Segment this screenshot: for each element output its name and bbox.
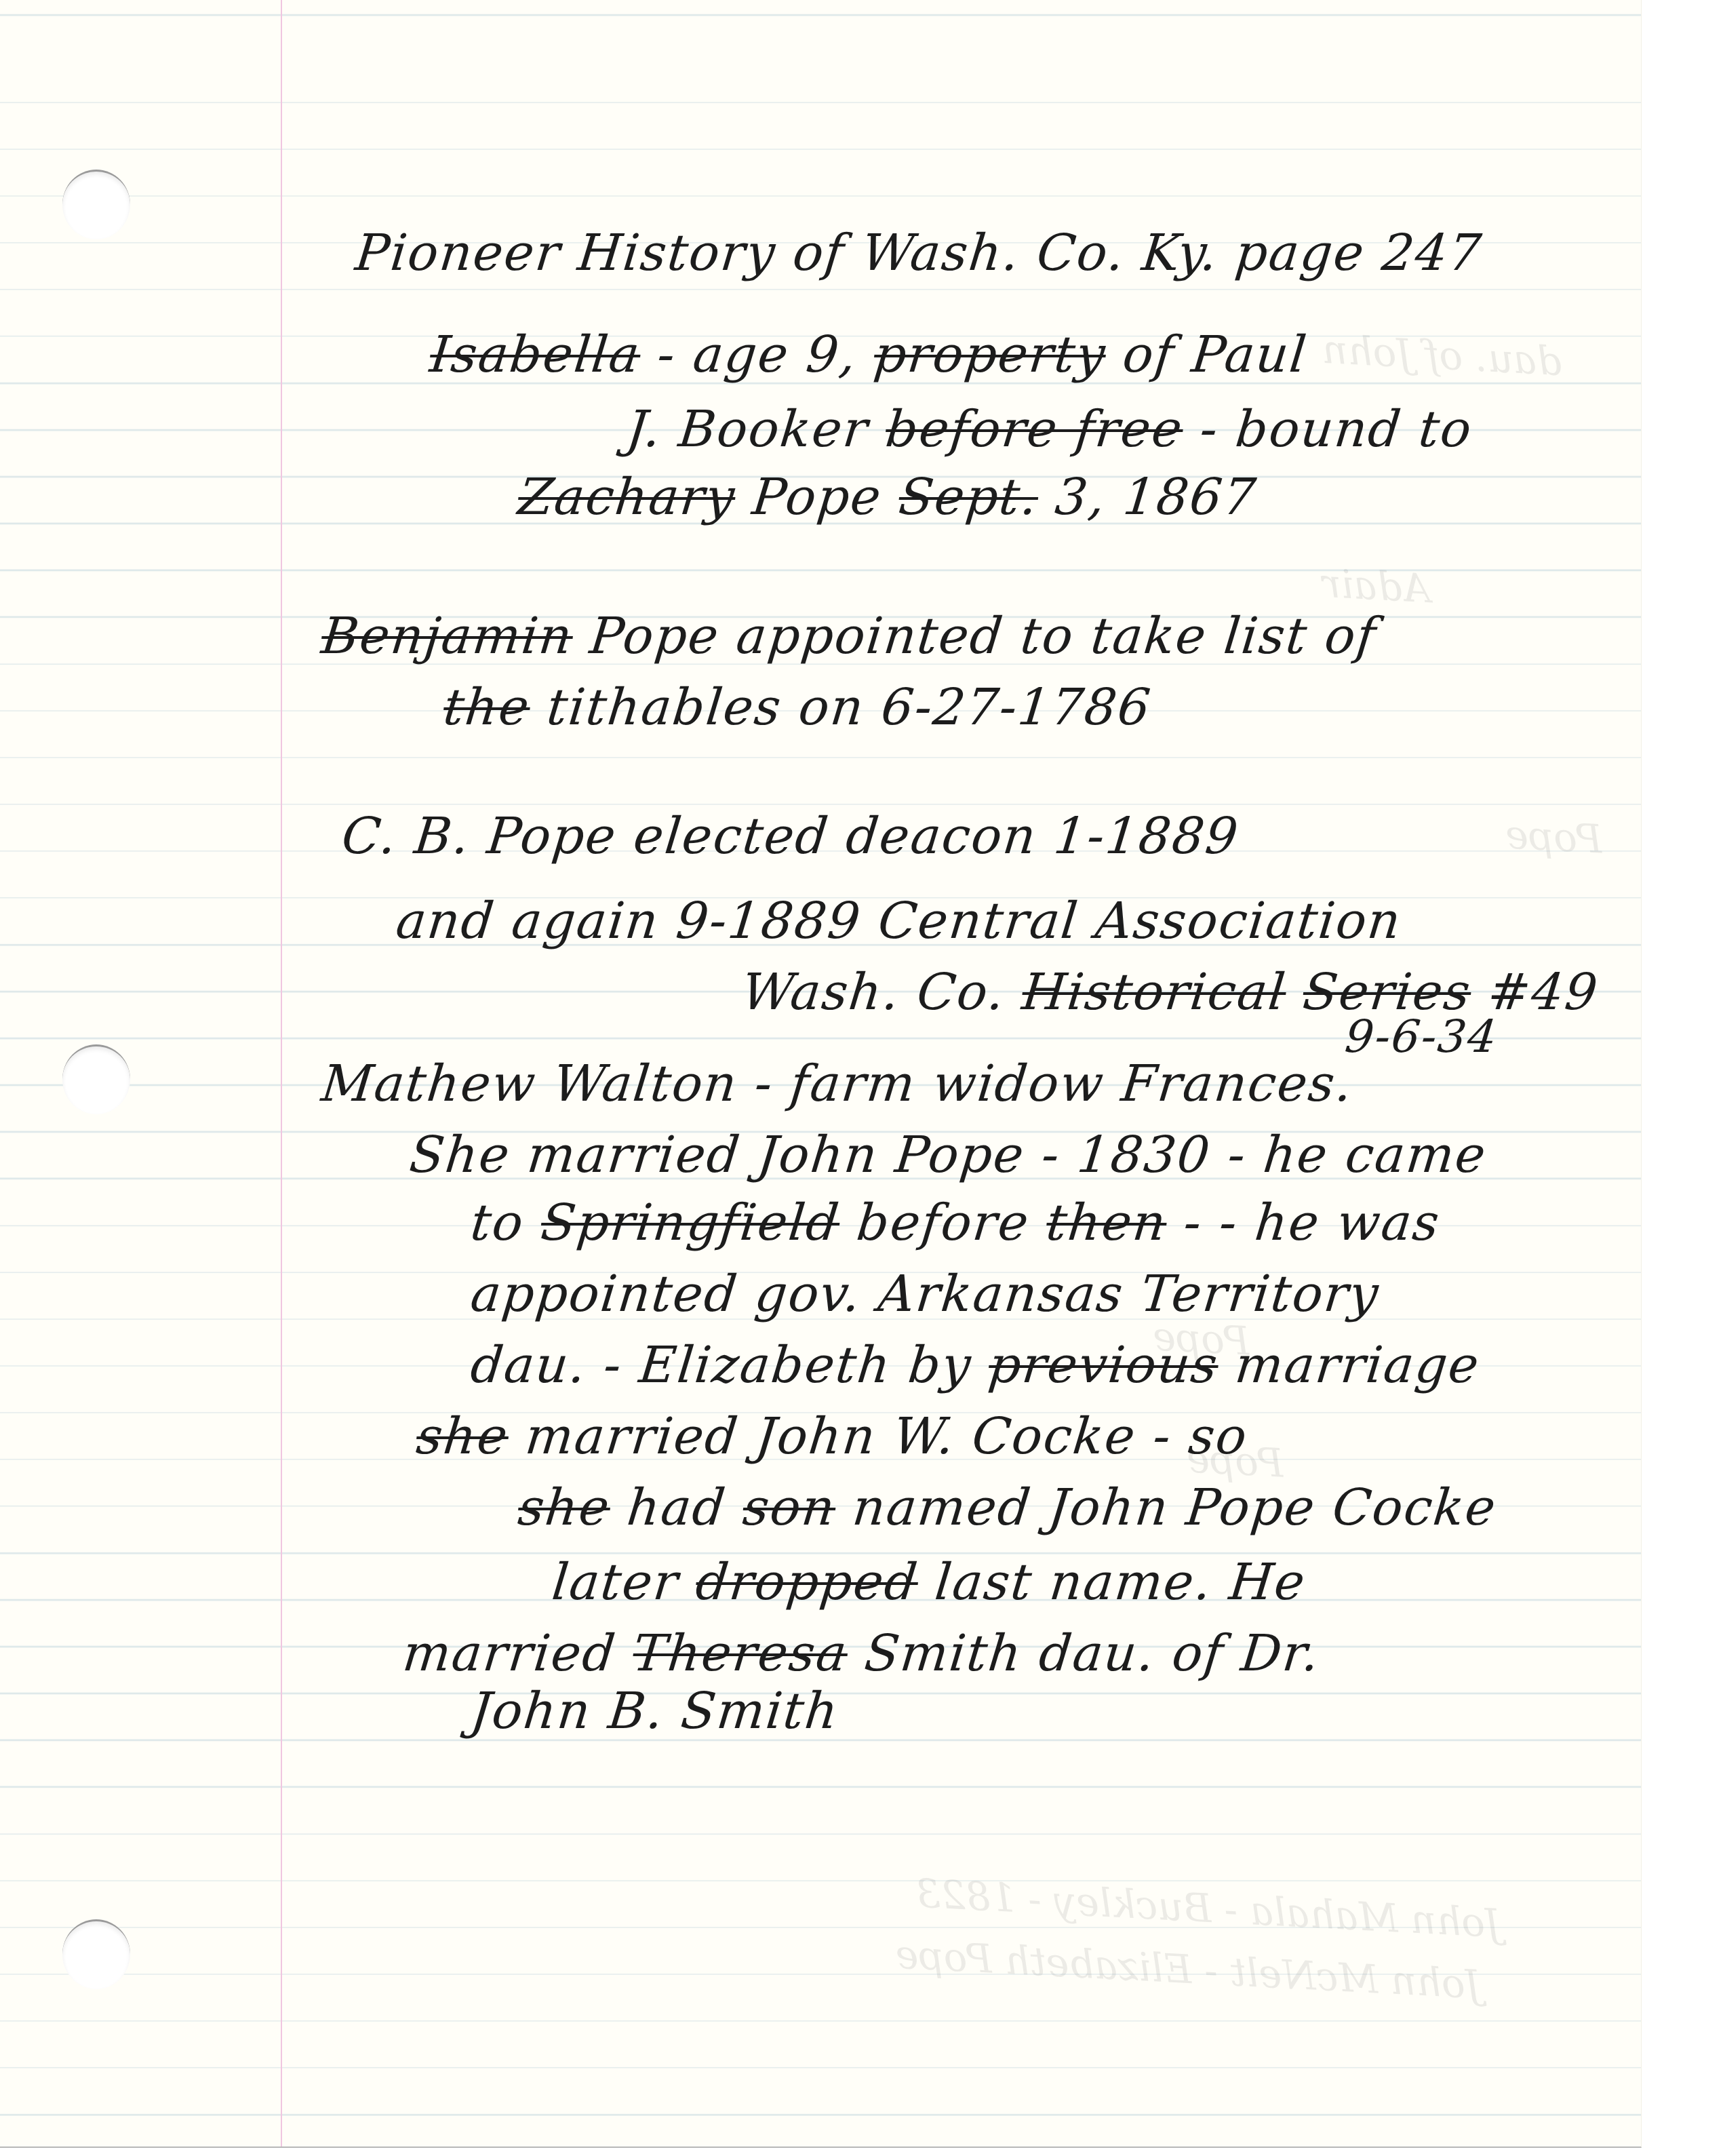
line-text: J. Booker — [624, 400, 889, 458]
line-text: later — [549, 1553, 699, 1611]
note-line: appointed gov. Arkansas Territory — [468, 1265, 1383, 1323]
line-text: marriage — [1215, 1336, 1483, 1394]
struck-text: Theresa — [630, 1624, 850, 1683]
struck-text: Sept. — [896, 468, 1042, 526]
line-text: Mathew Walton - farm widow Frances. — [319, 1055, 1356, 1113]
line-text: before — [837, 1194, 1050, 1252]
line-text: married John W. Cocke - so — [505, 1407, 1250, 1466]
note-line: the tithables on 6-27-1786 — [441, 678, 1154, 737]
note-line: later dropped last name. He — [549, 1553, 1309, 1611]
note-line: and again 9-1889 Central Association — [393, 892, 1404, 950]
struck-text: son — [740, 1478, 839, 1537]
note-line: Zachary Pope Sept. 3, 1867 — [515, 468, 1260, 526]
line-text: Pope appointed to take list of — [570, 607, 1379, 665]
note-line: Pioneer History of Wash. Co. Ky. page 24… — [353, 224, 1485, 282]
line-text: named John Pope Cocke — [833, 1478, 1500, 1537]
note-line: Isabella - age 9, property of Paul — [427, 326, 1310, 384]
note-line: J. Booker before free - bound to — [624, 400, 1476, 458]
line-text: to — [468, 1194, 544, 1252]
note-line: John B. Smith — [468, 1682, 841, 1740]
line-text: - - he was — [1164, 1194, 1443, 1252]
struck-text: dropped — [693, 1553, 921, 1611]
line-text: 9-6-34 — [1343, 1011, 1501, 1063]
struck-text: Benjamin — [319, 607, 576, 665]
line-text: John B. Smith — [468, 1682, 841, 1740]
line-text: - age 9, — [637, 326, 877, 384]
line-text: and again 9-1889 Central Association — [393, 892, 1404, 950]
struck-text: the — [441, 678, 533, 737]
note-line: Mathew Walton - farm widow Frances. — [319, 1055, 1356, 1113]
struck-text: Historical — [1019, 963, 1289, 1021]
struck-text: property — [871, 326, 1109, 384]
note-line-date: 9-6-34 — [1343, 1011, 1501, 1063]
line-text: Wash. Co. — [739, 963, 1025, 1021]
line-text: Smith dau. of Dr. — [844, 1624, 1323, 1683]
line-text: Pioneer History of Wash. Co. Ky. page 24… — [353, 224, 1485, 282]
note-line: Benjamin Pope appointed to take list of — [319, 607, 1379, 665]
note-line: married Theresa Smith dau. of Dr. — [400, 1624, 1323, 1683]
line-text: dau. - Elizabeth by — [468, 1336, 992, 1394]
line-text: last name. He — [915, 1553, 1309, 1611]
note-line: she married John W. Cocke - so — [414, 1407, 1250, 1466]
note-line: She married John Pope - 1830 - he came — [407, 1126, 1490, 1184]
line-text: 3, 1867 — [1035, 468, 1260, 526]
line-text: of Paul — [1103, 326, 1310, 384]
line-text: appointed gov. Arkansas Territory — [468, 1265, 1383, 1323]
line-text: tithables on 6-27-1786 — [527, 678, 1154, 737]
line-text: married — [400, 1624, 636, 1683]
line-text: - bound to — [1180, 400, 1476, 458]
struck-text: she — [515, 1478, 613, 1537]
struck-text: before free — [883, 400, 1186, 458]
note-line: dau. - Elizabeth by previous marriage — [468, 1336, 1483, 1394]
line-text: She married John Pope - 1830 - he came — [407, 1126, 1490, 1184]
struck-text: Zachary — [515, 468, 738, 526]
struck-text: Springfield — [538, 1194, 843, 1252]
handwritten-notes: Pioneer History of Wash. Co. Ky. page 24… — [0, 0, 1641, 2147]
note-line: C. B. Pope elected deacon 1-1889 — [339, 807, 1242, 865]
line-text: C. B. Pope elected deacon 1-1889 — [339, 807, 1242, 865]
struck-text: she — [414, 1407, 511, 1466]
struck-text: then — [1044, 1194, 1170, 1252]
note-line: she had son named John Pope Cocke — [515, 1478, 1499, 1537]
note-line: to Springfield before then - - he was — [468, 1194, 1443, 1252]
struck-text: previous — [986, 1336, 1221, 1394]
line-text: had — [607, 1478, 746, 1537]
line-text: Pope — [732, 468, 903, 526]
struck-text: Isabella — [427, 326, 643, 384]
